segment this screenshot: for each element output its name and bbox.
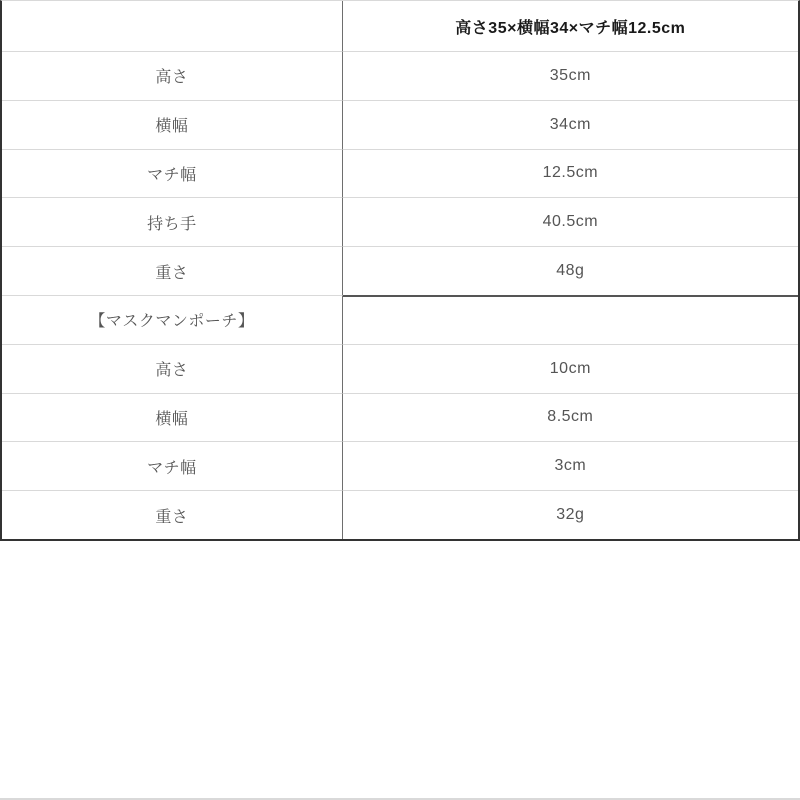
row-value: 10cm — [343, 344, 798, 393]
header-dimensions-cell: 高さ35×横幅34×マチ幅12.5cm — [343, 1, 798, 51]
table-row: 重さ 32g — [2, 490, 798, 539]
row-label: 高さ — [2, 51, 343, 100]
row-label: マチ幅 — [2, 441, 343, 490]
table-row: マチ幅 3cm — [2, 441, 798, 490]
row-label: 持ち手 — [2, 197, 343, 246]
row-value: 48g — [343, 246, 798, 295]
row-value: 35cm — [343, 51, 798, 100]
product-spec-page: 高さ35×横幅34×マチ幅12.5cm 高さ 35cm 横幅 34cm マチ幅 … — [0, 0, 800, 800]
table-row: マチ幅 12.5cm — [2, 149, 798, 198]
table-row: 持ち手 40.5cm — [2, 197, 798, 246]
table-row: 高さ 10cm — [2, 344, 798, 393]
row-value: 12.5cm — [343, 149, 798, 198]
row-label: 重さ — [2, 490, 343, 539]
row-label: 横幅 — [2, 393, 343, 442]
row-label: 重さ — [2, 246, 343, 295]
section-title-empty-cell — [343, 295, 798, 344]
table-row: 高さ 35cm — [2, 51, 798, 100]
section-title-label: 【マスクマンポーチ】 — [2, 295, 343, 344]
table-header-row: 高さ35×横幅34×マチ幅12.5cm — [2, 1, 798, 51]
row-value: 34cm — [343, 100, 798, 149]
row-value: 40.5cm — [343, 197, 798, 246]
row-label: マチ幅 — [2, 149, 343, 198]
section-title-row: 【マスクマンポーチ】 — [2, 295, 798, 344]
table-row: 重さ 48g — [2, 246, 798, 295]
table-row: 横幅 34cm — [2, 100, 798, 149]
row-value: 8.5cm — [343, 393, 798, 442]
product-spec-table: 高さ35×横幅34×マチ幅12.5cm 高さ 35cm 横幅 34cm マチ幅 … — [0, 0, 800, 541]
row-label: 横幅 — [2, 100, 343, 149]
header-empty-cell — [2, 1, 343, 51]
table-row: 横幅 8.5cm — [2, 393, 798, 442]
row-label: 高さ — [2, 344, 343, 393]
row-value: 3cm — [343, 441, 798, 490]
row-value: 32g — [343, 490, 798, 539]
